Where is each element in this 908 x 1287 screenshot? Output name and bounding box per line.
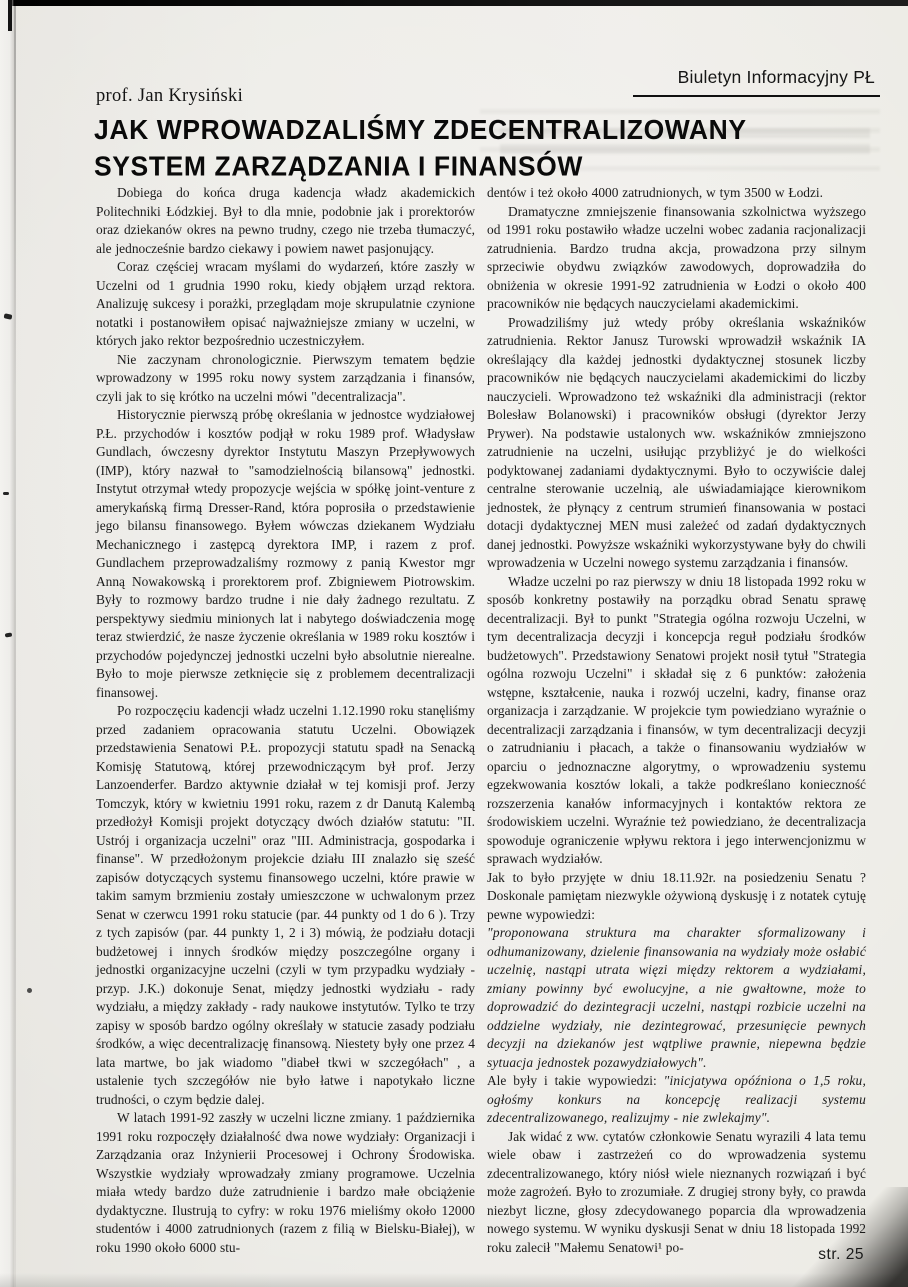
page-number: str. 25 bbox=[818, 1246, 864, 1264]
right-column: dentów i też około 4000 zatrudnionych, w… bbox=[487, 184, 866, 1257]
paragraph: Nie zaczynam chronologicznie. Pierwszym … bbox=[96, 351, 475, 407]
scan-edge-top bbox=[0, 0, 908, 6]
author-byline: prof. Jan Krysiński bbox=[96, 86, 243, 107]
masthead: Biuletyn Informacyjny PŁ bbox=[678, 67, 875, 88]
scan-margin-left bbox=[0, 0, 14, 1287]
scan-mark-corner bbox=[8, 0, 12, 31]
paragraph: dentów i też około 4000 zatrudnionych, w… bbox=[487, 184, 866, 203]
paragraph: "proponowana struktura ma charakter sfor… bbox=[487, 924, 866, 1072]
paragraph: Dramatyczne zmniejszenie finansowania sz… bbox=[487, 203, 866, 314]
article-body: Dobiega do końca druga kadencja władz ak… bbox=[96, 184, 866, 1257]
scan-speck bbox=[3, 492, 9, 495]
scan-edge-bottom bbox=[0, 1273, 908, 1287]
paragraph: Jak to było przyjęte w dniu 18.11.92r. n… bbox=[487, 869, 866, 925]
paragraph: Dobiega do końca druga kadencja władz ak… bbox=[96, 184, 475, 258]
masthead-rule bbox=[633, 95, 880, 97]
scan-speck bbox=[27, 988, 32, 993]
paragraph: Władze uczelni po raz pierwszy w dniu 18… bbox=[487, 573, 866, 869]
page-fold-line bbox=[14, 6, 16, 1287]
paragraph: Jak widać z ww. cytatów członkowie Senat… bbox=[487, 1128, 866, 1258]
paragraph: Coraz częściej wracam myślami do wydarze… bbox=[96, 258, 475, 351]
article-title: JAK WPROWADZALIŚMY ZDECENTRALIZOWANY SYS… bbox=[94, 112, 814, 185]
paragraph: Ale były i takie wypowiedzi: "inicjatywa… bbox=[487, 1072, 866, 1128]
paragraph: Prowadziliśmy już wtedy próby określania… bbox=[487, 314, 866, 573]
paragraph: Historycznie pierwszą próbę określania w… bbox=[96, 406, 475, 702]
scanned-bulletin-page: Biuletyn Informacyjny PŁ prof. Jan Krysi… bbox=[0, 0, 908, 1287]
left-column: Dobiega do końca druga kadencja władz ak… bbox=[96, 184, 475, 1257]
paragraph: W latach 1991-92 zaszły w uczelni liczne… bbox=[96, 1109, 475, 1257]
paragraph: Po rozpoczęciu kadencji władz uczelni 1.… bbox=[96, 702, 475, 1109]
